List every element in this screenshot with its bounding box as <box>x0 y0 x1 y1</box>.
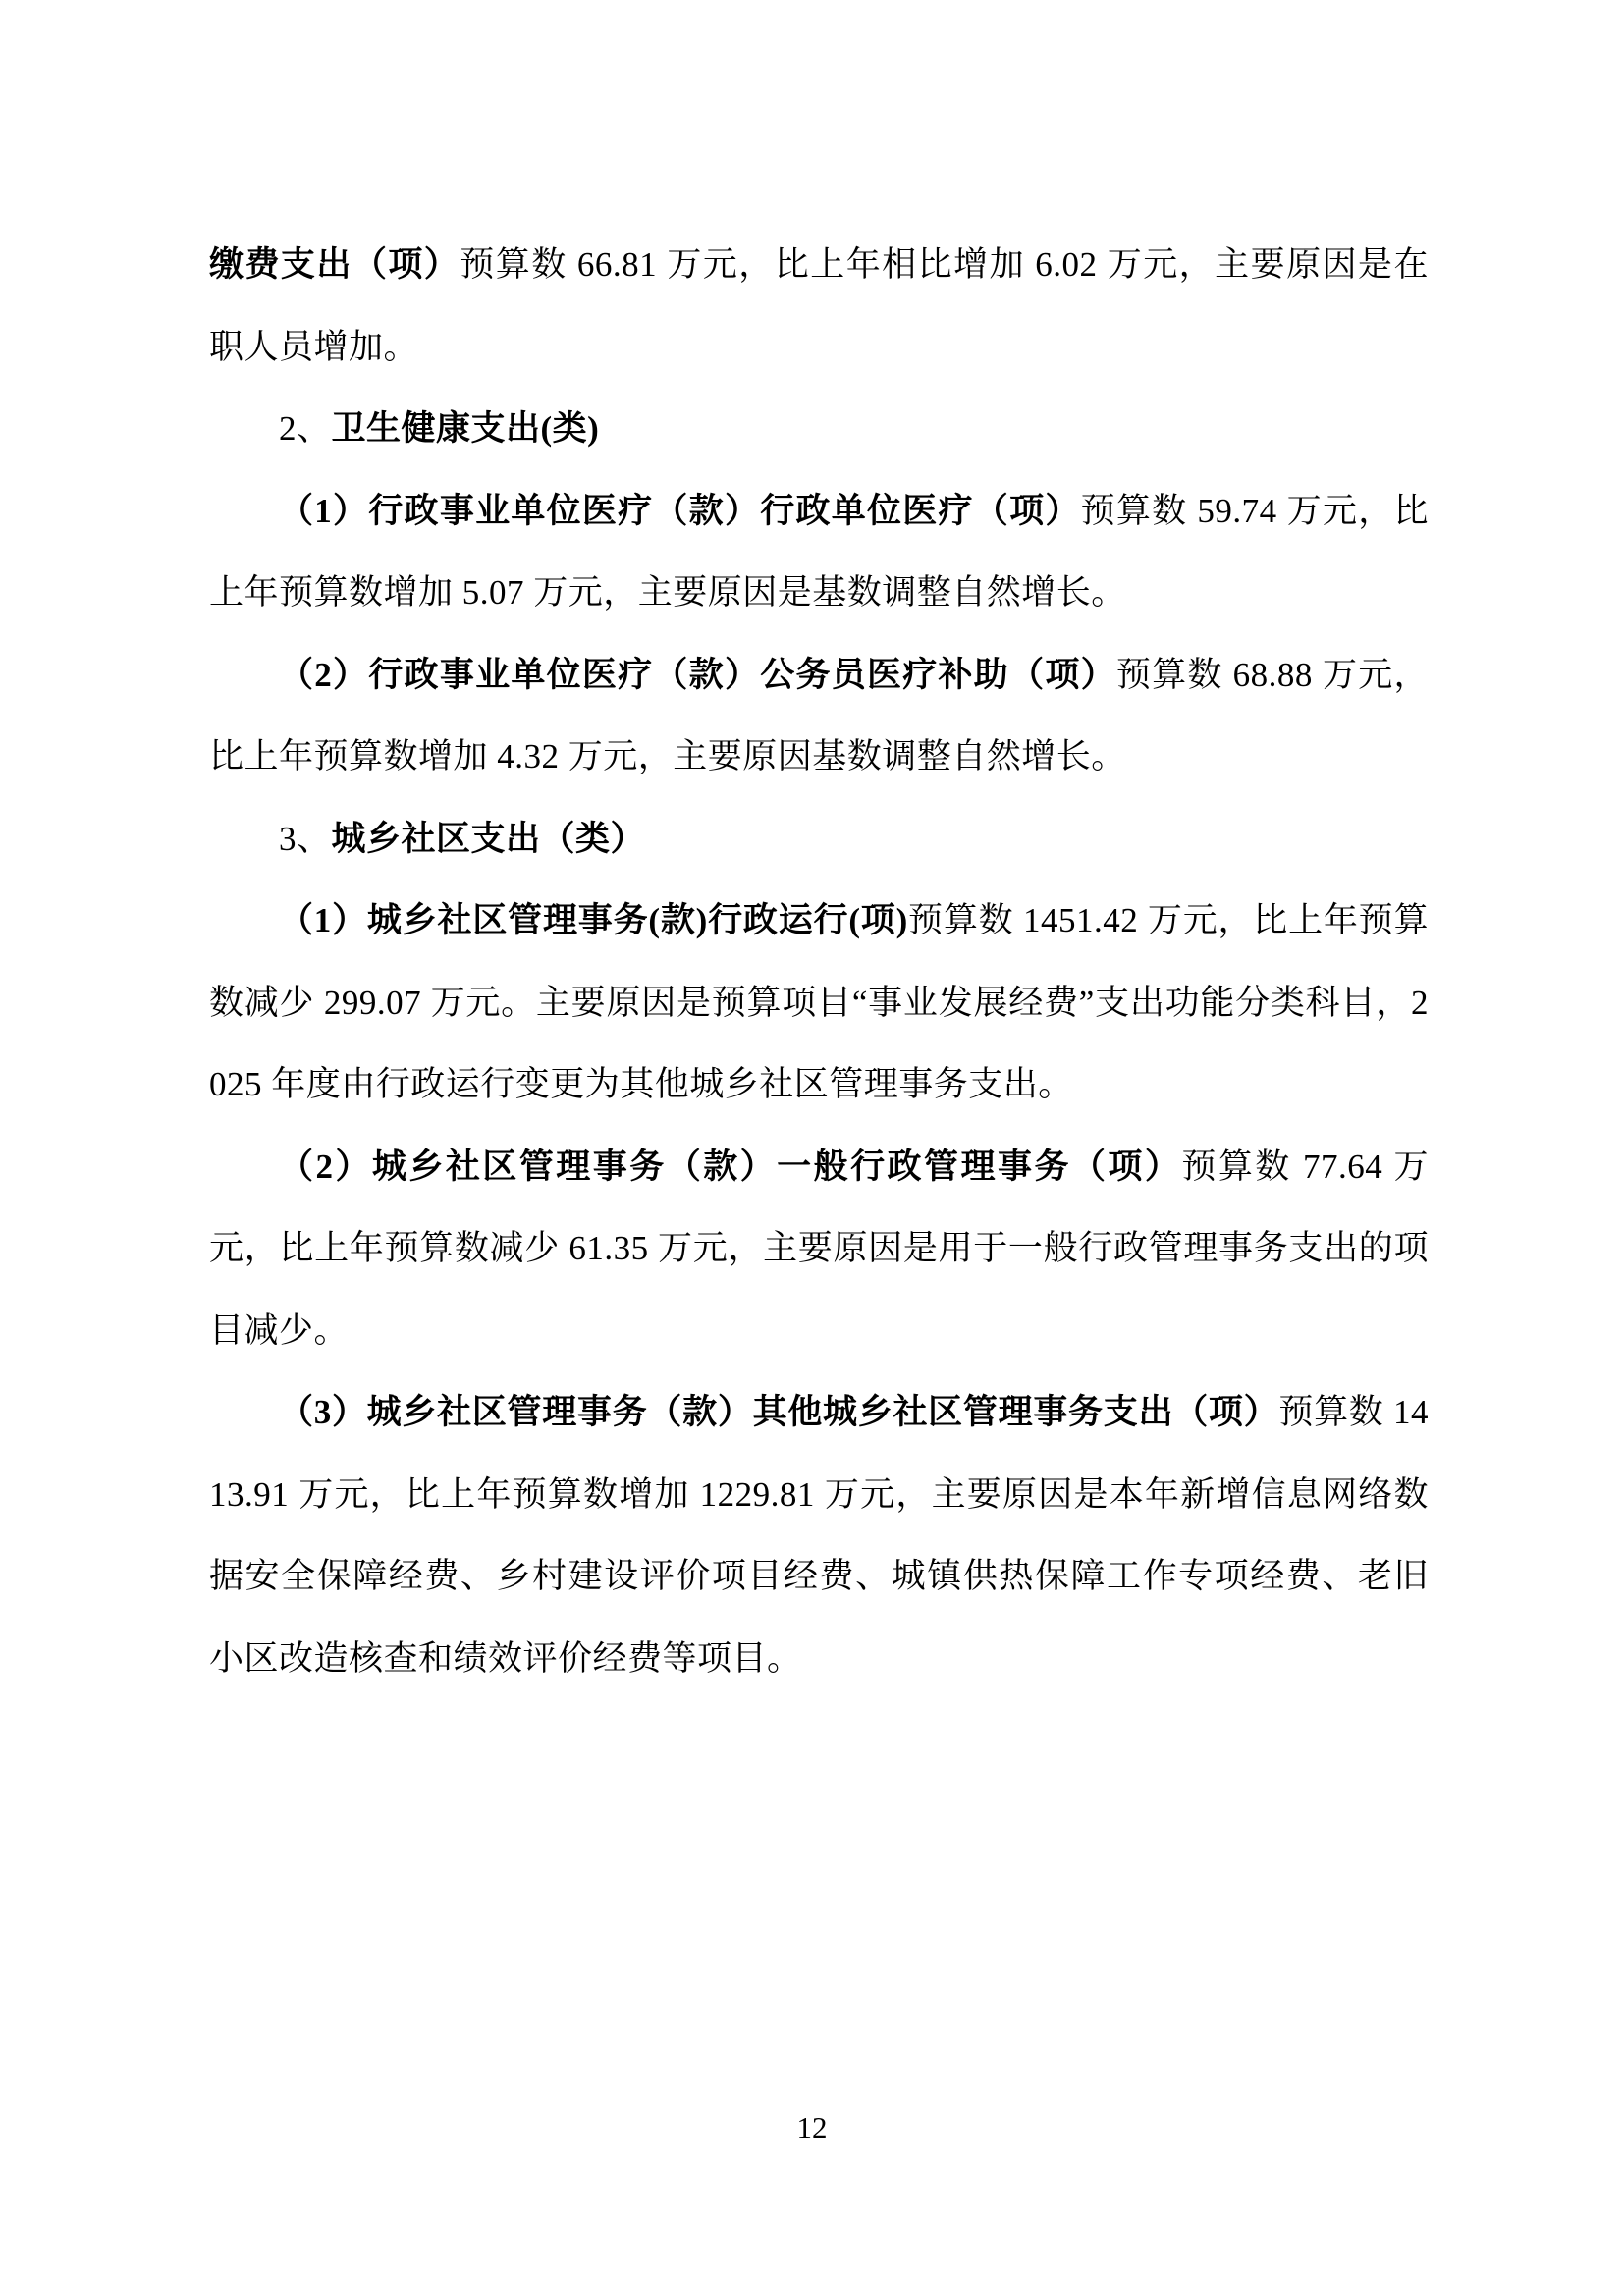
paragraph: 缴费支出（项）预算数 66.81 万元，比上年相比增加 6.02 万元，主要原因… <box>209 224 1429 388</box>
page-number: 12 <box>797 2109 828 2148</box>
heading-run: （3）城乡社区管理事务（款）其他城乡社区管理事务支出（项） <box>279 1393 1278 1431</box>
heading-run: （1）行政事业单位医疗（款）行政单位医疗（项） <box>279 492 1081 530</box>
paragraph: （1）城乡社区管理事务(款)行政运行(项)预算数 1451.42 万元，比上年预… <box>209 880 1429 1126</box>
paragraph: （2）城乡社区管理事务（款）一般行政管理事务（项）预算数 77.64 万元，比上… <box>209 1126 1429 1372</box>
page-footer: 12 <box>0 2109 1624 2148</box>
text-run: 预算数 1413.91 万元，比上年预算数增加 1229.81 万元，主要原因是… <box>209 1393 1429 1678</box>
paragraph: 2、卫生健康支出(类) <box>209 388 1429 470</box>
heading-run: （1）城乡社区管理事务(款)行政运行(项) <box>279 901 908 939</box>
text-run: 2、 <box>279 409 332 448</box>
paragraph: （3）城乡社区管理事务（款）其他城乡社区管理事务支出（项）预算数 1413.91… <box>209 1371 1429 1699</box>
heading-run: （2）行政事业单位医疗（款）公务员医疗补助（项） <box>279 656 1116 694</box>
text-run: 3、 <box>279 820 332 858</box>
heading-run: 城乡社区支出（类） <box>332 820 646 858</box>
heading-run: 卫生健康支出(类) <box>332 409 600 448</box>
document-page: 缴费支出（项）预算数 66.81 万元，比上年相比增加 6.02 万元，主要原因… <box>0 0 1624 2296</box>
paragraph: 3、城乡社区支出（类） <box>209 798 1429 881</box>
paragraph: （1）行政事业单位医疗（款）行政单位医疗（项）预算数 59.74 万元，比上年预… <box>209 470 1429 634</box>
paragraph: （2）行政事业单位医疗（款）公务员医疗补助（项）预算数 68.88 万元，比上年… <box>209 634 1429 798</box>
heading-run: （2）城乡社区管理事务（款）一般行政管理事务（项） <box>279 1148 1181 1186</box>
heading-run: 缴费支出（项） <box>209 245 460 284</box>
document-body: 缴费支出（项）预算数 66.81 万元，比上年相比增加 6.02 万元，主要原因… <box>209 224 1429 1699</box>
